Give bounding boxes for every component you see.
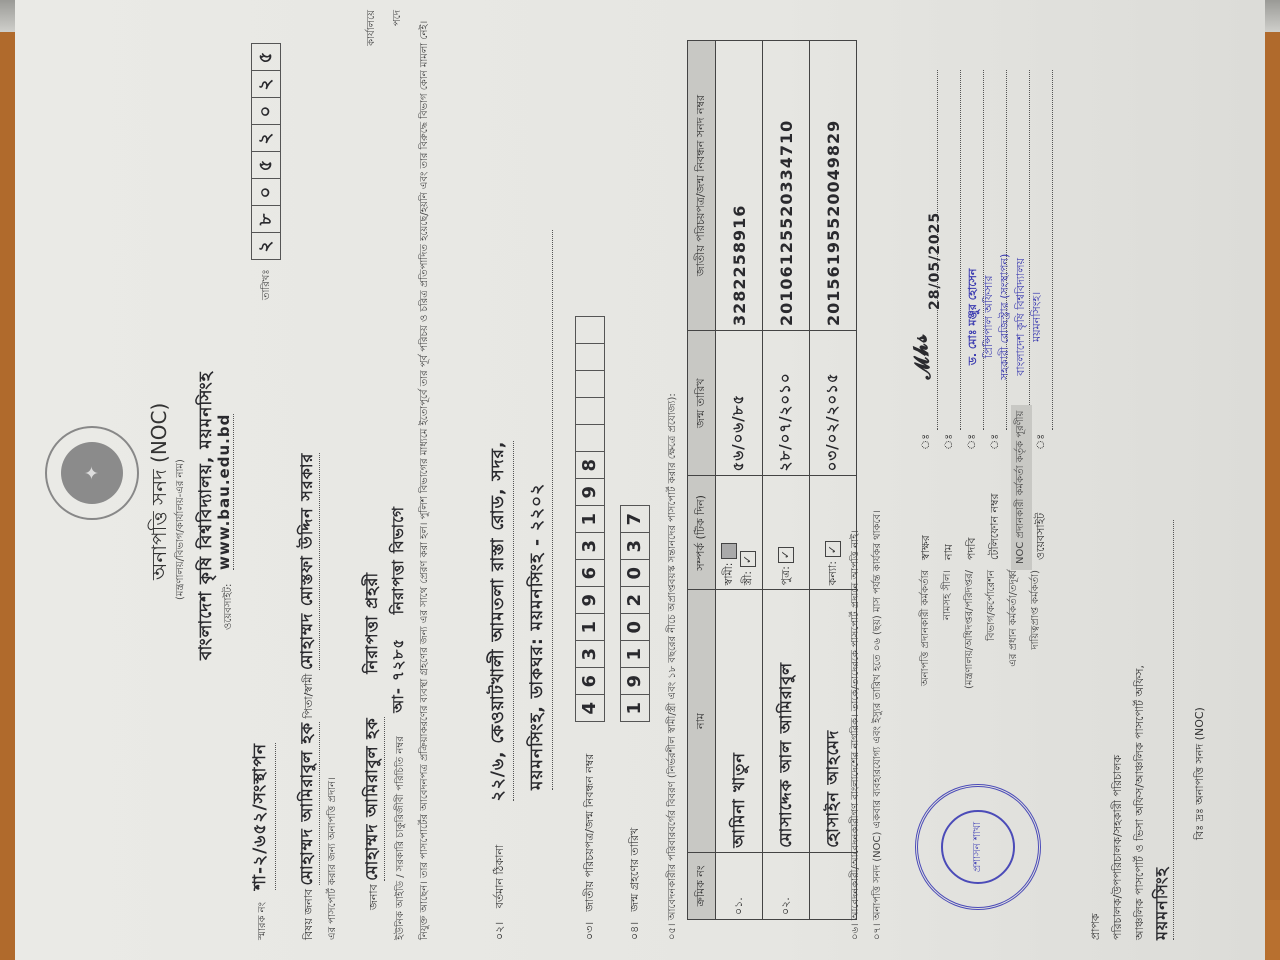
instruction-line: (মন্ত্রণালয়/অধিদপ্তর/পরিদপ্তর/ [959, 570, 981, 770]
recipient-city: ময়মনসিংহ [1151, 520, 1174, 940]
table-row: ০২.মোসাদ্দেক আল আমিরাবুলপুত্র: ✓২৮/০৭/২০… [763, 41, 810, 920]
digit-box: 3 [575, 532, 605, 560]
noc-document: ✦ অনাপত্তি সনদ (NOC) (মন্ত্রণালয়/বিভাগ/… [15, 0, 1265, 960]
noc-banner: NOC প্রদানকারী কর্মকর্তা কর্তৃক পূরণীয় [1011, 405, 1032, 570]
digit-box: ৮ [251, 205, 281, 233]
digit-box: 9 [575, 586, 605, 614]
digit-box [575, 343, 605, 371]
officer-office: বাংলাদেশ কৃষি বিশ্ববিদ্যালয় [1013, 254, 1029, 380]
nid-field: ০৩। জাতীয় পরিচয়পত্র/জন্ম নিবন্ধন নম্বর… [575, 317, 605, 940]
subject-purpose: এর পাসপোর্ট করার জন্য অনাপত্তি প্রদান। [321, 10, 345, 940]
officer-name: ড. মোঃ মঞ্জুর হোসেন [965, 254, 981, 380]
family-heading-text: আবেদনকারীর পরিবারবর্গের বিবরণ (নির্ভরশীল… [667, 393, 678, 920]
relation-checkbox[interactable] [721, 543, 737, 559]
digit-box: ২ [251, 70, 281, 98]
employee-id-value: আ- ৭২৮৫ [389, 638, 407, 713]
subject-label: বিষয় [302, 918, 315, 940]
digit-box: 1 [620, 694, 650, 722]
table-row: ০১.আমিনা খাতুনস্বামী: স্ত্রী: ✓৫৬/০৬/৮৫3… [716, 41, 763, 920]
recipient-line-1: পরিচালক/উপপরিচালক/সহকারী পরিচালক [1107, 520, 1129, 940]
digit-box [575, 370, 605, 398]
officer-designation: প্রিন্সিপাল অফিসার [981, 254, 997, 380]
digit-box: 0 [620, 613, 650, 641]
family-heading: ০৫। আবেদনকারীর পরিবারবর্গের বিবরণ (নির্ভ… [665, 10, 682, 940]
officer-stamp: ড. মোঃ মঞ্জুর হোসেন প্রিন্সিপাল অফিসার স… [965, 254, 1045, 380]
digit-box: 4 [575, 694, 605, 722]
item-number: ০৪। [626, 922, 645, 940]
relation-cell: পুত্র: ✓ [763, 476, 810, 590]
parent-label: পিতা/স্বামী [302, 674, 315, 719]
employee-designation: নিরাপত্তা প্রহরী [362, 572, 381, 674]
table-cell: ০১. [716, 852, 763, 919]
relation-label: স্বামী: [722, 559, 735, 585]
digit-box: ৫ [251, 151, 281, 179]
item-number: ০৩। [581, 922, 600, 940]
body-janab-label: জনাব [367, 884, 380, 910]
statement: ০৭। অনাপত্তি সনদ (NOC) একবার ব্যবহারযোগ্… [867, 10, 889, 940]
table-header: ক্রমিক নং [688, 852, 716, 919]
table-header: সম্পর্ক (টিক দিন) [688, 476, 716, 590]
relation-label: কন্যা: [826, 557, 839, 585]
round-office-stamp: প্রশাসন শাখা [915, 784, 1041, 910]
document-photo: ✦ অনাপত্তি সনদ (NOC) (মন্ত্রণালয়/বিভাগ/… [0, 0, 1280, 960]
digit-box: 3 [620, 532, 650, 560]
office-suffix: কার্যালয়ে [360, 10, 384, 46]
instruction-line: অনাপত্তি প্রদানকারী কর্মকর্তার [915, 570, 937, 770]
government-seal-icon: ✦ [45, 426, 139, 520]
table-header: জাতীয় পরিচয়পত্র/জন্ম নিবন্ধন সনদ নম্বর [688, 41, 716, 331]
digit-box: 1 [575, 613, 605, 641]
seal-emblem-icon: ✦ [61, 442, 123, 504]
officer-city: ময়মনসিংহ। [1029, 254, 1045, 380]
digit-box: 6 [575, 667, 605, 695]
subject-block: বিষয় জনাব মোহাম্মদ আমিরাবুল হক পিতা/স্ব… [295, 10, 345, 940]
digit-box: 8 [575, 451, 605, 479]
body-block: জনাব মোহাম্মদ আমিরাবুল হক নিরাপত্তা প্রহ… [360, 10, 437, 940]
relation-label: স্ত্রী: [741, 567, 754, 585]
officer-title: সহকারী রেজিস্ট্রার (সংস্থাপন) [997, 254, 1013, 380]
employee-name: মোহাম্মদ আমিরাবুল হক [360, 717, 385, 880]
recipient-block: প্রাপক পরিচালক/উপপরিচালক/সহকারী পরিচালক … [1085, 520, 1211, 940]
address-line-2: ময়মনসিংহ, ডাকঘর: ময়মনসিংহ - ২২০২ [524, 230, 553, 790]
digit-box: 7 [620, 505, 650, 533]
digit-box: 9 [575, 478, 605, 506]
statement: ০৬। আবেদনকারী/আবেদনকারীগণ বাংলাদেশের নাগ… [845, 10, 867, 940]
digit-box: ২ [251, 124, 281, 152]
nid-label: জাতীয় পরিচয়পত্র/জন্ম নিবন্ধন নম্বর [581, 722, 600, 912]
digit-box: 2 [620, 586, 650, 614]
digit-box [575, 424, 605, 452]
instruction-line: দায়িত্বপ্রাপ্ত কর্মকর্তা) [1025, 570, 1047, 770]
date-label: তারিখঃ [259, 269, 276, 300]
table-cell: ২৮/০৭/২০১০ [763, 330, 810, 475]
table-cell: ০২. [763, 852, 810, 919]
digit-box: 0 [620, 559, 650, 587]
dob-field: ০৪। জন্ম গ্রহণের তারিখ 19102037 [620, 506, 650, 940]
address-line-1: ২২/৬, কেওয়াটখালী আমতলা রাস্তা রোড, সদর, [485, 441, 514, 802]
subject-applicant-name: মোহাম্মদ আমিরাবুল হক [295, 722, 320, 885]
stamp-inner-text: প্রশাসন শাখা [941, 810, 1015, 884]
table-header: জন্ম তারিখ [688, 330, 716, 475]
table-cell: ৫৬/০৬/৮৫ [716, 330, 763, 475]
digit-box: 6 [575, 559, 605, 587]
body-paragraph: নিযুক্ত আছেন। তার পাসপোর্টের আবেদনপত্র প… [413, 10, 437, 940]
table-cell: মোসাদ্দেক আল আমিরাবুল [763, 590, 810, 852]
issuer-instructions: অনাপত্তি প্রদানকারী কর্মকর্তারনামসহ সীল।… [915, 570, 1047, 770]
table-header: নাম [688, 590, 716, 852]
dob-label: জন্ম গ্রহণের তারিখ [626, 722, 645, 912]
memo-number: শা-২/৬৫২/সংস্থাপন [247, 743, 276, 890]
address-field: ০২। বর্তমান ঠিকানা ২২/৬, কেওয়াটখালী আমত… [485, 10, 553, 940]
footnote: বিঃ দ্রঃ অনাপত্তি সনদ (NOC) [1189, 520, 1211, 940]
digit-box: ৫ [251, 43, 281, 71]
signature-date: 28/05/2025 [927, 212, 943, 310]
title-hint: (মন্ত্রণালয়/বিভাগ/কার্যালয়-এর নাম) [173, 459, 190, 600]
digit-box [575, 397, 605, 425]
table-cell: 3282258916 [716, 41, 763, 331]
relation-cell: স্বামী: স্ত্রী: ✓ [716, 476, 763, 590]
signature: 𝓜𝓱𝓼 [907, 332, 936, 381]
table-cell: আমিনা খাতুন [716, 590, 763, 852]
website-value: www.bau.edu.bd [215, 414, 234, 570]
instruction-line: নামসহ সীল। [937, 570, 959, 770]
family-table: ক্রমিক নংনামসম্পর্ক (টিক দিন)জন্ম তারিখজ… [687, 40, 857, 920]
item-number: ০৫। [667, 923, 678, 940]
nid-digit-boxes: 4631963198 [575, 317, 605, 722]
digit-box: 9 [620, 667, 650, 695]
digit-box [575, 316, 605, 344]
issue-date-boxes: ২৮০৫২০২৫ [251, 44, 281, 260]
relation-checkbox[interactable]: ✓ [740, 551, 756, 567]
memo-label: স্মারক নং [255, 902, 272, 940]
instruction-line: বিভাগ/কর্পোরেশন [981, 570, 1003, 770]
statements: ০৬। আবেদনকারী/আবেদনকারীগণ বাংলাদেশের নাগ… [845, 10, 889, 940]
address-label: বর্তমান ঠিকানা [493, 845, 506, 908]
dob-digit-boxes: 19102037 [620, 506, 650, 722]
recipient-label: প্রাপক [1085, 520, 1107, 940]
digit-box: 1 [575, 505, 605, 533]
digit-box: ০ [251, 97, 281, 125]
post-suffix: পদে [386, 10, 410, 26]
digit-box: 3 [575, 640, 605, 668]
website-label: ওয়েবসাইট: [221, 584, 238, 630]
employee-department: নিরাপত্তা বিভাগে [389, 506, 407, 614]
parent-name: মোহাম্মদ মোস্তফা উদ্দিন সরকার [295, 453, 320, 670]
issuer-form: স্বাক্ষরঃ নামঃ পদবিঃ টেলিফোন নম্বরঃ ই-মে… [915, 20, 1053, 560]
relation-label: পুত্র: [779, 563, 792, 586]
digit-box: 1 [620, 640, 650, 668]
recipient-line-2: আঞ্চলিক পাসপোর্ট ও ভিসা অফিস/আঞ্চলিক পাস… [1129, 520, 1151, 940]
instruction-line: এর প্রধান কর্মকর্তা/তদূর্ধ্ব [1003, 570, 1025, 770]
relation-checkbox[interactable]: ✓ [825, 541, 841, 557]
subject-for-label: জনাব [302, 889, 315, 915]
item-number: ০২। [493, 922, 506, 940]
digit-box: ০ [251, 178, 281, 206]
relation-checkbox[interactable]: ✓ [778, 547, 794, 563]
digit-box: ২ [251, 232, 281, 260]
table-cell: 20106125520334710 [763, 41, 810, 331]
employee-id-label: ইউনিক আইডি / সরকারি চাকুরিজীবী পরিচিতি ন… [395, 736, 406, 940]
